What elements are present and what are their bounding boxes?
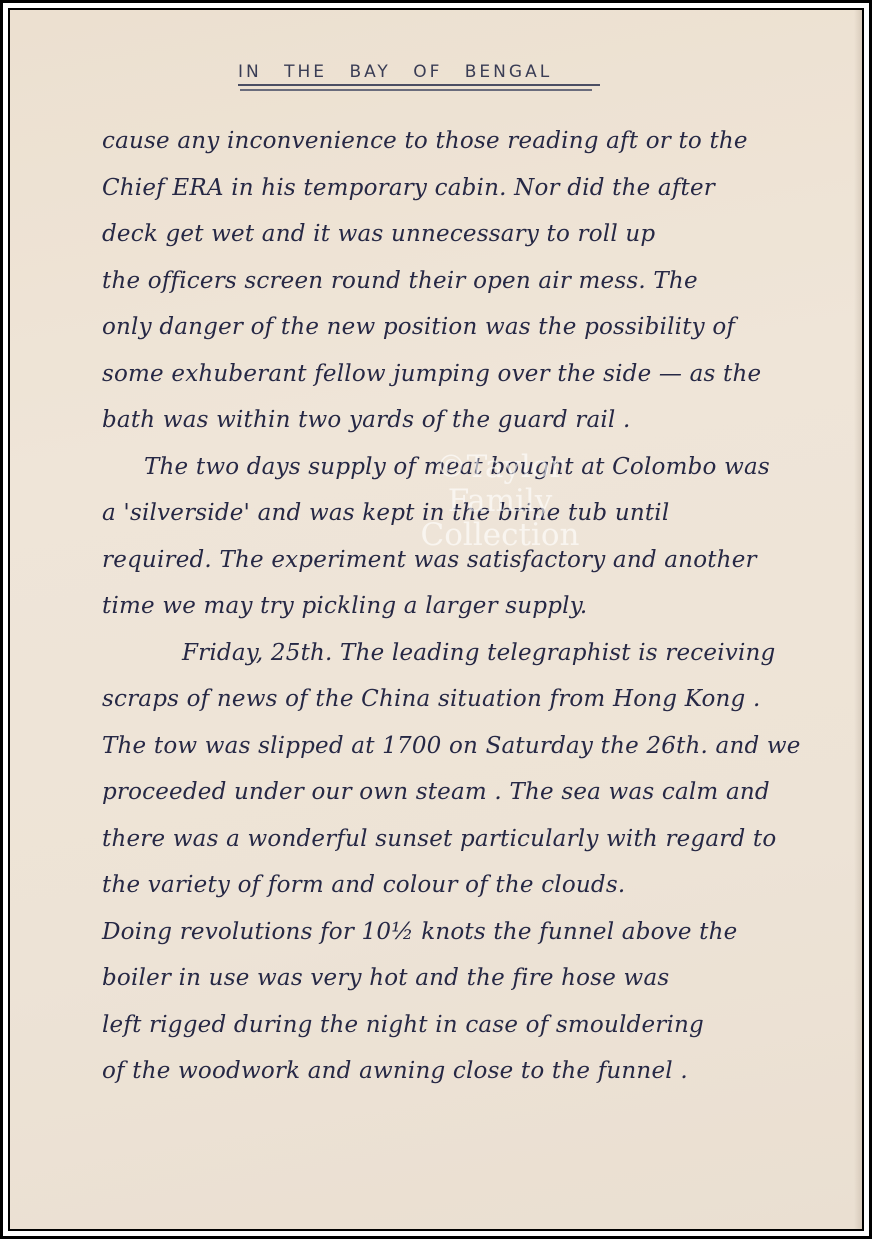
page-heading: IN THE BAY OF BENGAL	[238, 62, 618, 91]
text-line: some exhuberant fellow jumping over the …	[102, 351, 862, 398]
text-line-paragraph-start: The two days supply of meat bought at Co…	[102, 444, 862, 491]
title-underline	[238, 84, 600, 86]
handwritten-body: cause any inconvenience to those reading…	[102, 118, 862, 1095]
text-line: Doing revolutions for 10½ knots the funn…	[102, 909, 862, 956]
text-line: of the woodwork and awning close to the …	[102, 1048, 862, 1095]
text-line: only danger of the new position was the …	[102, 304, 862, 351]
text-line: time we may try pickling a larger supply…	[102, 583, 862, 630]
text-line: Chief ERA in his temporary cabin. Nor di…	[102, 165, 862, 212]
manuscript-page: IN THE BAY OF BENGAL cause any inconveni…	[10, 10, 862, 1229]
text-line: a 'silverside' and was kept in the brine…	[102, 490, 862, 537]
photo-frame-outer: IN THE BAY OF BENGAL cause any inconveni…	[0, 0, 872, 1239]
text-line: proceeded under our own steam . The sea …	[102, 769, 862, 816]
text-line-date-entry: Friday, 25th. The leading telegraphist i…	[102, 630, 862, 677]
text-line: deck get wet and it was unnecessary to r…	[102, 211, 862, 258]
text-line: left rigged during the night in case of …	[102, 1002, 862, 1049]
page-title: IN THE BAY OF BENGAL	[238, 62, 618, 82]
photo-frame-inner: IN THE BAY OF BENGAL cause any inconveni…	[8, 8, 864, 1231]
text-line: cause any inconvenience to those reading…	[102, 118, 862, 165]
text-line: boiler in use was very hot and the fire …	[102, 955, 862, 1002]
text-line: there was a wonderful sunset particularl…	[102, 816, 862, 863]
text-line: the officers screen round their open air…	[102, 258, 862, 305]
text-line: the variety of form and colour of the cl…	[102, 862, 862, 909]
text-line: bath was within two yards of the guard r…	[102, 397, 862, 444]
text-line: scraps of news of the China situation fr…	[102, 676, 862, 723]
text-line: required. The experiment was satisfactor…	[102, 537, 862, 584]
text-line: The tow was slipped at 1700 on Saturday …	[102, 723, 862, 770]
title-underline-second	[240, 89, 592, 91]
